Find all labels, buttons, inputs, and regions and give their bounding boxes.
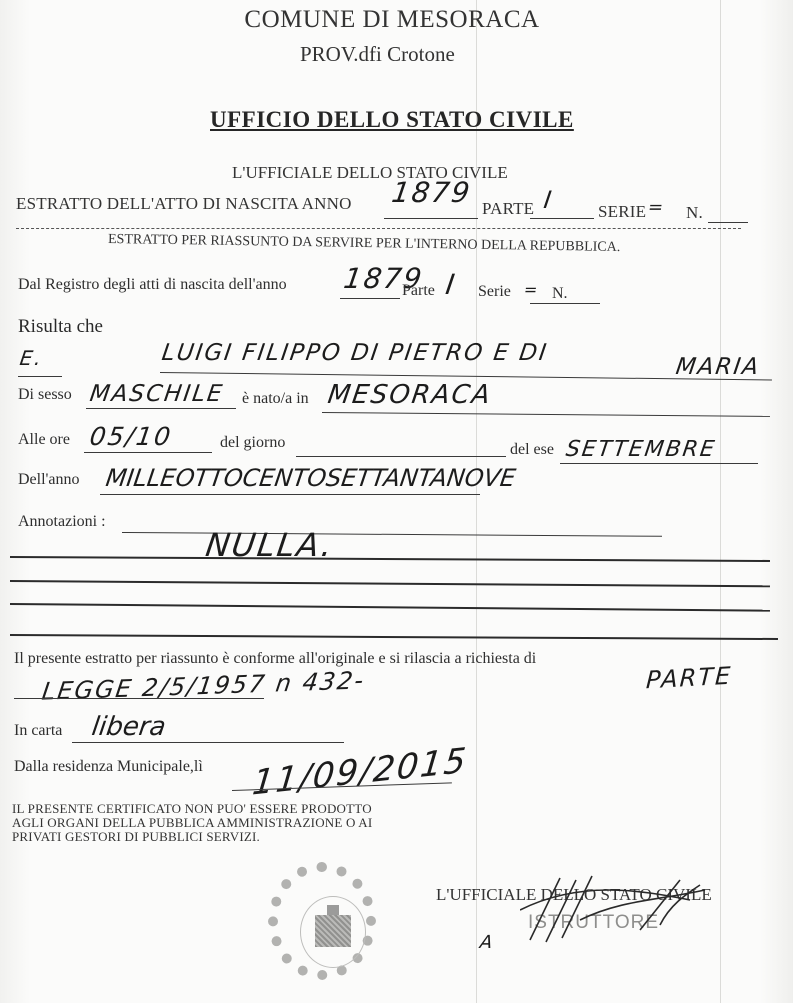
- registry-serie-value: =: [523, 280, 541, 299]
- document-page: COMUNE DI MESORACA PROV.dfi Crotone UFFI…: [0, 0, 793, 1003]
- mese-label: del ese: [510, 441, 554, 459]
- scan-fold-line: [720, 0, 721, 1003]
- extract-numero-label: N.: [686, 203, 703, 223]
- extract-year-value: 1879: [390, 176, 474, 209]
- extract-label: ESTRATTO DELL'ATTO DI NASCITA ANNO: [16, 194, 352, 214]
- giorno-rule: [296, 456, 506, 457]
- registry-serie-label: Serie: [478, 283, 511, 301]
- extract-serie-label: SERIE: [598, 202, 646, 222]
- annotazioni-rule-3: [10, 580, 770, 587]
- registry-label: Dal Registro degli atti di nascita dell'…: [18, 276, 287, 294]
- risulta-che-label: Risulta che: [18, 316, 103, 338]
- notice-line-1: IL PRESENTE CERTIFICATO NON PUO' ESSERE …: [12, 802, 372, 816]
- person-prefix-rule: [18, 376, 62, 377]
- mese-value: SETTEMBRE: [564, 437, 717, 462]
- annotazioni-rule-4: [10, 603, 770, 612]
- registry-parte-label: Parte: [402, 282, 435, 300]
- annotazioni-rule-2: [10, 556, 770, 562]
- registry-serie-rule: [530, 303, 600, 304]
- extract-numero-rule: [708, 222, 748, 223]
- seal-ring: [300, 896, 366, 968]
- annotazioni-rule-5: [10, 634, 778, 640]
- ore-value: 05/10: [88, 422, 174, 451]
- legge-value: LEGGE 2/5/1957 n 432-: [40, 666, 367, 705]
- giorno-label: del giorno: [220, 434, 285, 452]
- seal-emblem-icon: [315, 915, 351, 947]
- registry-year-rule: [340, 298, 400, 299]
- municipality-title: COMUNE DI MESORACA: [242, 6, 542, 34]
- anno-words-value: MILLEOTTOCENTOSETTANTANOVE: [104, 464, 517, 492]
- official-seal: [268, 862, 376, 980]
- ore-label: Alle ore: [18, 431, 70, 449]
- residenza-label: Dalla residenza Municipale,lì: [14, 758, 203, 776]
- conforme-text: Il presente estratto per riassunto è con…: [14, 650, 536, 668]
- annotazioni-label: Annotazioni :: [18, 513, 106, 531]
- province-subtitle: PROV.dfi Crotone: [300, 42, 455, 67]
- sesso-label: Di sesso: [18, 386, 72, 404]
- annotazioni-rule-1: [122, 532, 662, 537]
- extract-subtitle: ESTRATTO PER RIASSUNTO DA SERVIRE PER L'…: [108, 232, 621, 256]
- extract-parte-rule: [530, 218, 594, 219]
- anno-label: Dell'anno: [18, 471, 80, 489]
- legge-rule: [14, 698, 264, 699]
- luogo-value: MESORACA: [326, 380, 494, 410]
- person-prefix: E.: [18, 346, 44, 370]
- signature-initial: A: [479, 932, 496, 953]
- extract-parte-value: I: [542, 186, 555, 214]
- registry-numero-label: N.: [552, 285, 568, 303]
- carta-label: In carta: [14, 722, 62, 740]
- carta-value: libera: [90, 712, 168, 742]
- extract-parte-label: PARTE: [482, 199, 534, 219]
- mother-name-value: MARIA: [674, 354, 762, 380]
- mese-rule: [560, 463, 758, 464]
- signature-scribble-icon: [520, 870, 710, 950]
- sesso-value: MASCHILE: [88, 381, 225, 407]
- luogo-rule: [322, 412, 770, 417]
- extract-serie-value: =: [647, 197, 667, 218]
- ore-rule: [84, 452, 212, 453]
- anno-rule: [100, 494, 480, 495]
- date-value: 11/09/2015: [250, 740, 469, 803]
- separator-dashed: [16, 228, 741, 229]
- person-name-value: LUIGI FILIPPO DI PIETRO E DI: [160, 340, 550, 366]
- office-title: UFFICIO DELLO STATO CIVILE: [210, 107, 574, 133]
- notice-line-2: AGLI ORGANI DELLA PUBBLICA AMMINISTRAZIO…: [12, 816, 372, 830]
- carta-rule: [72, 742, 344, 743]
- registry-parte-value: I: [444, 268, 459, 301]
- extract-year-rule: [384, 218, 478, 219]
- scan-fold-line: [476, 0, 477, 1003]
- notice-line-3: PRIVATI GESTORI DI PUBBLICI SERVIZI.: [12, 830, 260, 844]
- sesso-rule: [86, 408, 236, 409]
- nato-label: è nato/a in: [242, 390, 309, 408]
- richiesta-value: PARTE: [645, 662, 733, 695]
